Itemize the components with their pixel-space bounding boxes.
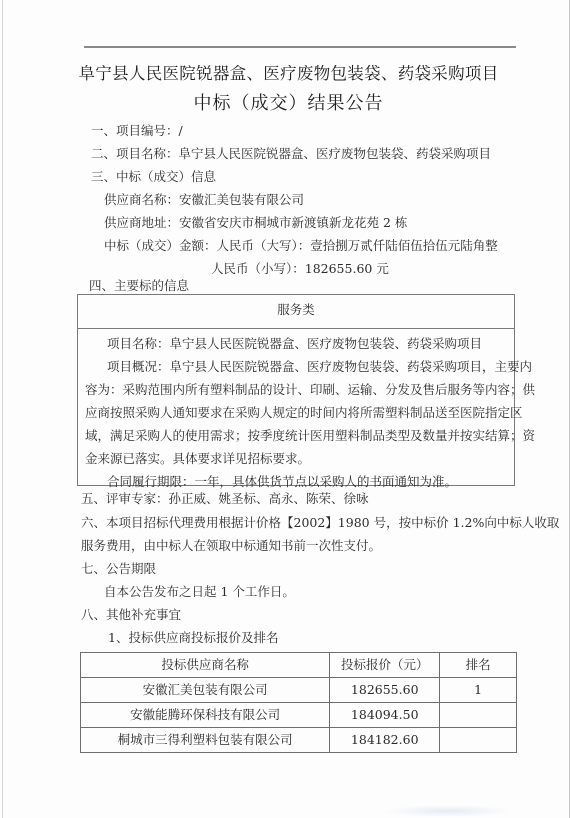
service-line: 应商按照采购人通知要求在采购人规定的时间内将所需塑料制品送至医院指定区 <box>85 403 523 421</box>
cell-supplier: 桐城市三得利塑料包装有限公司 <box>81 728 330 753</box>
section-project-name: 二、项目名称：阜宁县人民医院锐器盒、医疗废物包装袋、药袋采购项目 <box>91 144 491 162</box>
cell-rank <box>440 703 517 728</box>
section-award-info: 三、中标（成交）信息 <box>91 167 216 185</box>
bids-table-caption: 1、投标供应商投标报价及排名 <box>108 628 278 646</box>
bids-table-header-row: 投标供应商名称 投标报价（元） 排名 <box>81 653 517 678</box>
column-header-rank: 排名 <box>440 653 517 678</box>
cell-supplier: 安徽能腾环保科技有限公司 <box>81 703 330 728</box>
scan-artifact <box>383 805 513 817</box>
cell-supplier: 安徽汇美包装有限公司 <box>81 678 330 703</box>
notice-period-detail: 自本公告发布之日起 1 个工作日。 <box>104 582 295 600</box>
service-line: 容为：采购范围内所有塑料制品的设计、印刷、运输、分发及售后服务等内容；供 <box>85 380 535 398</box>
table-row: 安徽能腾环保科技有限公司 184094.50 <box>81 703 517 728</box>
section-agency-fee-cont: 服务费用，由中标人在领取中标通知书前一次性支付。 <box>81 536 381 554</box>
cell-price: 182655.60 <box>330 678 440 703</box>
section-notice-period: 七、公告期限 <box>81 559 156 577</box>
cell-price: 184182.60 <box>330 728 440 753</box>
service-box-header: 服务类 <box>78 295 514 329</box>
document-title: 阜宁县人民医院锐器盒、医疗废物包装袋、药袋采购项目 <box>3 60 571 84</box>
award-amount-lower: 人民币（小写）：182655.60 元 <box>211 259 389 277</box>
service-line: 域，满足采购人的使用需求；按季度统计医用塑料制品类型及数量并按实结算；资 <box>85 426 535 444</box>
table-row: 桐城市三得利塑料包装有限公司 184182.60 <box>81 728 517 753</box>
supplier-address: 供应商地址：安徽省安庆市桐城市新渡镇新龙花苑 2 栋 <box>104 213 407 231</box>
table-row: 安徽汇美包装有限公司 182655.60 1 <box>81 678 517 703</box>
column-header-supplier: 投标供应商名称 <box>81 653 330 678</box>
column-header-price: 投标报价（元） <box>330 653 440 678</box>
cell-rank <box>440 728 517 753</box>
document-page: 阜宁县人民医院锐器盒、医疗废物包装袋、药袋采购项目 中标（成交）结果公告 一、项… <box>2 0 570 818</box>
award-amount-upper: 中标（成交）金额：人民币（大写）：壹拾捌万贰仟陆佰伍拾伍元陆角整 <box>104 236 498 254</box>
service-line: 项目概况：阜宁县人民医院锐器盒、医疗废物包装袋、药袋采购项目，主要内 <box>107 357 532 375</box>
document-subtitle: 中标（成交）结果公告 <box>3 89 571 115</box>
service-info-box: 服务类 项目名称：阜宁县人民医院锐器盒、医疗废物包装袋、药袋采购项目 项目概况：… <box>77 294 515 486</box>
service-line: 项目名称：阜宁县人民医院锐器盒、医疗废物包装袋、药袋采购项目 <box>107 334 482 352</box>
section-other-matters: 八、其他补充事宜 <box>81 605 181 623</box>
service-line: 金来源已落实。具体要求详见招标要求。 <box>85 449 310 467</box>
supplier-name: 供应商名称：安徽汇美包装有限公司 <box>104 190 304 208</box>
section-agency-fee: 六、本项目招标代理费用根据计价格【2002】1980 号，按中标价 1.2%向中… <box>81 513 559 531</box>
cell-price: 184094.50 <box>330 703 440 728</box>
section-project-number: 一、项目编号：/ <box>91 121 183 139</box>
header-rule <box>84 46 516 48</box>
section-main-subject: 四、主要标的信息 <box>89 276 189 294</box>
cell-rank: 1 <box>440 678 517 703</box>
service-line: 合同履行期限：一年，具体供货节点以采购人的书面通知为准。 <box>107 472 457 490</box>
bids-table: 投标供应商名称 投标报价（元） 排名 安徽汇美包装有限公司 182655.60 … <box>80 652 517 753</box>
section-experts: 五、评审专家：孙正威、姚圣标、高永、陈荣、徐咏 <box>81 489 369 507</box>
